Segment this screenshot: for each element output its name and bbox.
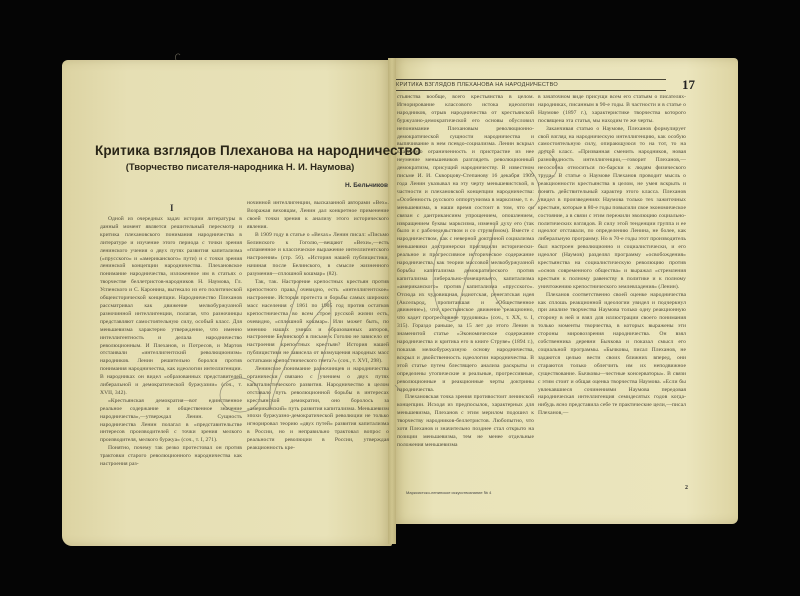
paragraph: ночинной интеллигенции, высказанной авто… (247, 200, 389, 232)
signature-mark: 2 (685, 485, 688, 491)
book-gutter (388, 58, 396, 544)
paragraph: стьянства вообще, всего крестьянства в ц… (397, 94, 534, 394)
paragraph: Плеханов соответственно своей оценке нар… (538, 292, 686, 419)
paragraph: Одной из очередных задач истории литерат… (100, 216, 242, 398)
paragraph: Ленинское понимание разночинцев и народн… (247, 366, 389, 453)
right-column-1: стьянства вообще, всего крестьянства в ц… (397, 94, 534, 484)
book-spread: Критика взглядов Плеханова на народничес… (0, 0, 800, 596)
running-head: КРИТИКА ВЗГЛЯДОВ ПЛЕХАНОВА НА НАРОДНИЧЕС… (396, 82, 666, 88)
paragraph: Заканчивая статью о Наумове, Плеханов фо… (538, 126, 686, 292)
paragraph: В 1909 году в статье о «Вехах» Ленин пис… (247, 232, 389, 279)
right-column-2: в зачаточном виде присущи всем его стать… (538, 94, 686, 484)
page-number: 17 (682, 77, 695, 93)
left-column-2: ночинной интеллигенции, высказанной авто… (247, 200, 389, 498)
paragraph: Плехановская точка зрения противостоит л… (397, 394, 534, 449)
article-author: Н. Бельчиков (300, 182, 388, 189)
running-head-rule (396, 90, 666, 91)
running-head-rule-top (396, 79, 666, 80)
section-number: I (170, 203, 174, 213)
article-subtitle: (Творчество писателя-народника Н. И. Нау… (95, 162, 385, 173)
paragraph: Так, так. Настроение крепостных крестьян… (247, 279, 389, 366)
paragraph: Понятно, почему так резко протестовал он… (100, 445, 242, 469)
paragraph: в зачаточном виде присущи всем его стать… (538, 94, 686, 126)
journal-footer: Марксистско-ленинское искусствознание № … (406, 490, 491, 495)
article-title: Критика взглядов Плеханова на народничес… (95, 143, 385, 158)
paragraph: «Крестьянская демократия—вот единственно… (100, 398, 242, 445)
left-column-1: Одной из очередных задач истории литерат… (100, 216, 242, 498)
